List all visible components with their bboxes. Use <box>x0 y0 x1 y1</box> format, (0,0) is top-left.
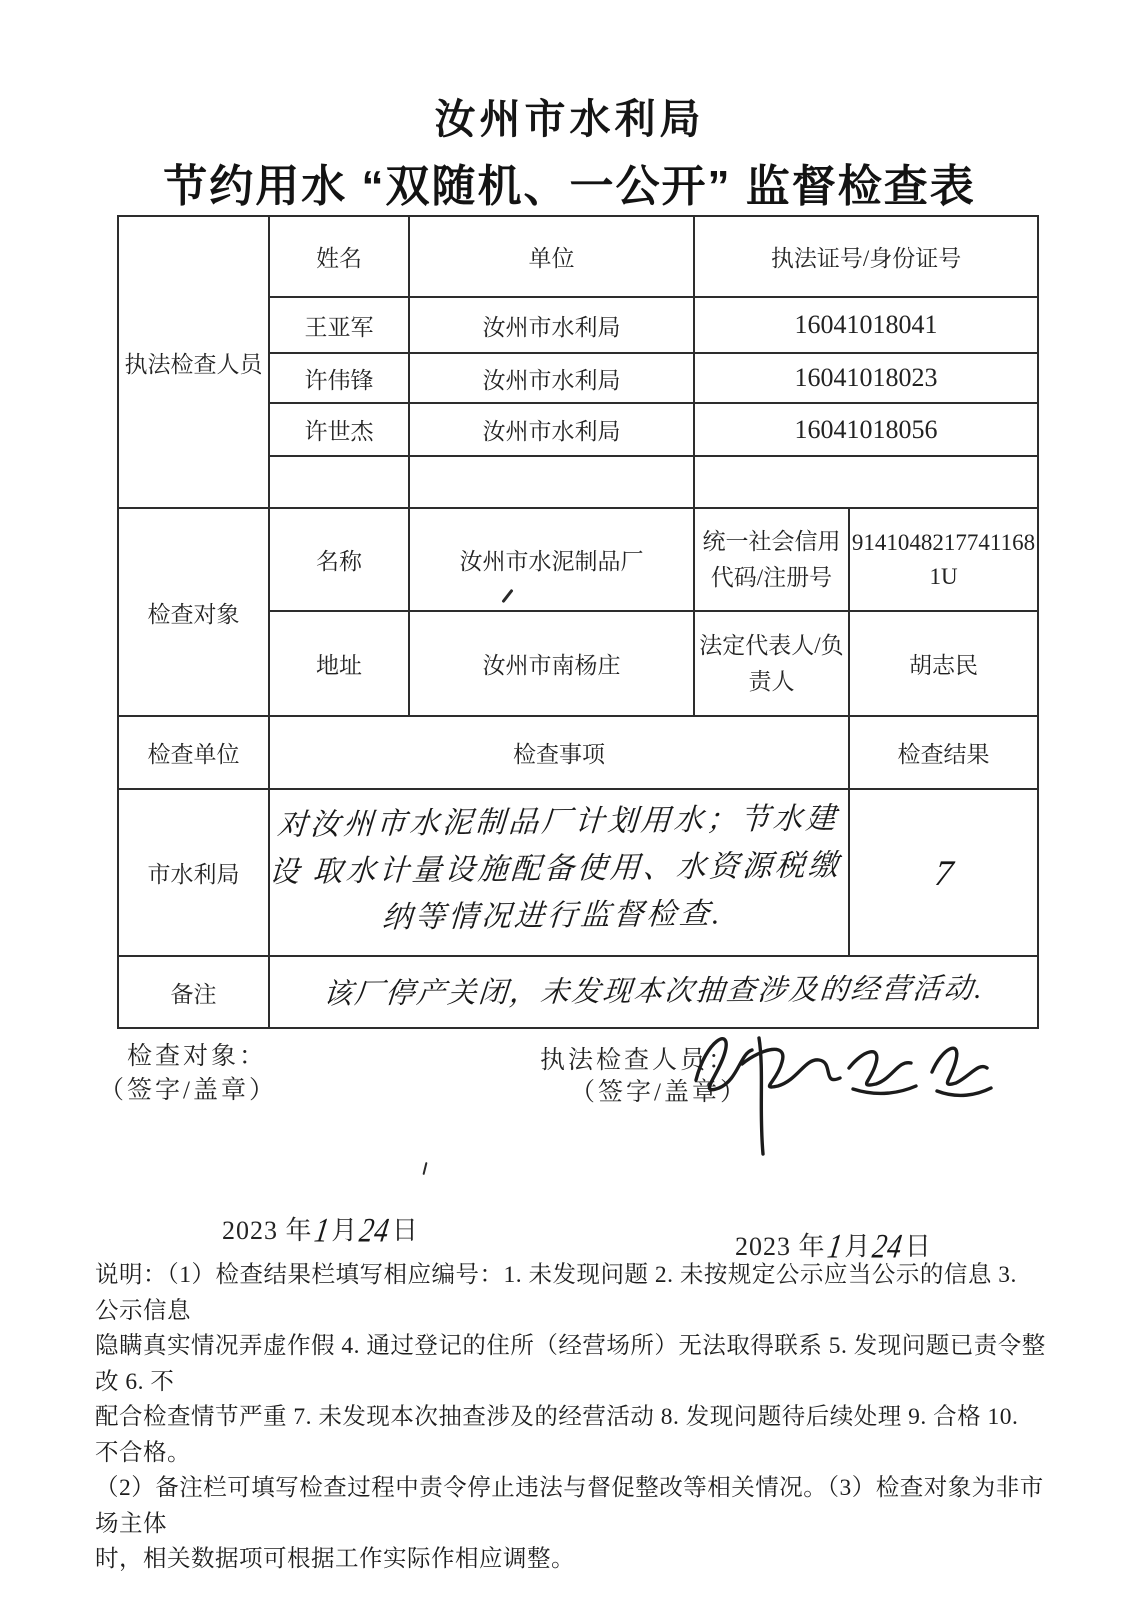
notes-line: （2）备注栏可填写检查过程中责令停止违法与督促整改等相关情况。（3）检查对象为非… <box>95 1471 1047 1542</box>
scanned-inspection-form: 汝州市水利局 节约用水 “双随机、一公开” 监督检查表 执法检查人员 姓名 单位… <box>0 0 1139 1600</box>
notes-line: 配合检查情节严重 7. 未发现本次抽查涉及的经营活动 8. 发现问题待后续处理 … <box>95 1400 1047 1471</box>
inspector-cert-cell <box>694 456 1038 508</box>
legal-rep-label: 法定代表人/负责人 <box>694 611 849 716</box>
table-row: 市水利局 对汝州市水泥制品厂计划用水；节水建设 取水计量设施配备使用、水资源税缴… <box>118 789 1038 956</box>
date-left-day-handwritten: 24 <box>357 1210 393 1250</box>
notes-line: 时，相关数据项可根据工作实际作相应调整。 <box>95 1542 1047 1578</box>
date-left-prefix: 2023 年 <box>222 1216 313 1245</box>
inspection-unit-value: 市水利局 <box>118 789 269 956</box>
inspector-unit-cell: 汝州市水利局 <box>409 403 694 456</box>
target-section-label: 检查对象 <box>118 508 269 716</box>
inspector-name-cell: 许伟锋 <box>269 353 409 403</box>
col-header-name: 姓名 <box>269 216 409 297</box>
inspector-unit-cell: 汝州市水利局 <box>409 353 694 403</box>
inspection-table: 执法检查人员 姓名 单位 执法证号/身份证号 王亚军 汝州市水利局 160410… <box>117 215 1039 1029</box>
target-signature-sublabel: （签字/盖章） <box>99 1070 277 1106</box>
target-name-value: 汝州市水泥制品厂 <box>409 508 694 611</box>
form-title: 节约用水 “双随机、一公开” 监督检查表 <box>0 150 1139 214</box>
date-left: 2023 年1月24日 <box>222 1210 419 1247</box>
handwritten-remark-text: 该厂停产关闭，未发现本次抽查涉及的经营活动. <box>269 965 1038 1013</box>
col-header-unit: 单位 <box>409 216 694 297</box>
address-label: 地址 <box>269 611 409 716</box>
date-left-month-handwritten: 1 <box>311 1210 332 1250</box>
notes-line: 说明：（1）检查结果栏填写相应编号：1. 未发现问题 2. 未按规定公示应当公示… <box>95 1258 1047 1329</box>
date-right-day-unit: 日 <box>905 1232 932 1261</box>
inspection-result-value: 7 <box>849 789 1038 956</box>
inspector-name-cell: 许世杰 <box>269 403 409 456</box>
handwritten-items-text: 对汝州市水泥制品厂计划用水；节水建设 取水计量设施配备使用、水资源税缴纳等情况进… <box>269 795 848 943</box>
date-right-prefix: 2023 年 <box>735 1232 826 1261</box>
inspection-result-header: 检查结果 <box>849 716 1038 789</box>
inspection-unit-header: 检查单位 <box>118 716 269 789</box>
inspector-name-cell: 王亚军 <box>269 297 409 353</box>
date-left-month-unit: 月 <box>331 1216 358 1245</box>
handwritten-result: 7 <box>932 852 954 894</box>
inspector-cert-cell: 16041018041 <box>694 297 1038 353</box>
address-value: 汝州市南杨庄 <box>409 611 694 716</box>
inspector-signatures-handwriting <box>648 1008 1008 1158</box>
date-left-day-unit: 日 <box>392 1216 419 1245</box>
inspector-cert-cell: 16041018023 <box>694 353 1038 403</box>
inspector-cert-cell: 16041018056 <box>694 403 1038 456</box>
inspection-items-header: 检查事项 <box>269 716 849 789</box>
date-right-month-unit: 月 <box>844 1232 871 1261</box>
table-row: 检查单位 检查事项 检查结果 <box>118 716 1038 789</box>
inspector-unit-cell: 汝州市水利局 <box>409 297 694 353</box>
inspector-name-cell <box>269 456 409 508</box>
inspectors-section-label: 执法检查人员 <box>118 216 269 508</box>
target-name-label: 名称 <box>269 508 409 611</box>
notes-line: 隐瞒真实情况弄虚作假 4. 通过登记的住所（经营场所）无法取得联系 5. 发现问… <box>95 1329 1047 1400</box>
stray-pen-mark <box>422 1162 427 1175</box>
table-row: 执法检查人员 姓名 单位 执法证号/身份证号 <box>118 216 1038 297</box>
inspection-items-handwritten: 对汝州市水泥制品厂计划用水；节水建设 取水计量设施配备使用、水资源税缴纳等情况进… <box>269 789 849 956</box>
target-signature-label: 检查对象： <box>127 1036 267 1072</box>
remarks-label: 备注 <box>118 956 269 1028</box>
org-title: 汝州市水利局 <box>0 86 1139 145</box>
credit-code-value: 91410482177411681U <box>849 508 1038 611</box>
credit-code-label: 统一社会信用代码/注册号 <box>694 508 849 611</box>
inspector-unit-cell <box>409 456 694 508</box>
col-header-cert: 执法证号/身份证号 <box>694 216 1038 297</box>
notes-paragraph: 说明：（1）检查结果栏填写相应编号：1. 未发现问题 2. 未按规定公示应当公示… <box>95 1258 1047 1578</box>
legal-rep-value: 胡志民 <box>849 611 1038 716</box>
table-row: 检查对象 名称 汝州市水泥制品厂 统一社会信用代码/注册号 9141048217… <box>118 508 1038 611</box>
